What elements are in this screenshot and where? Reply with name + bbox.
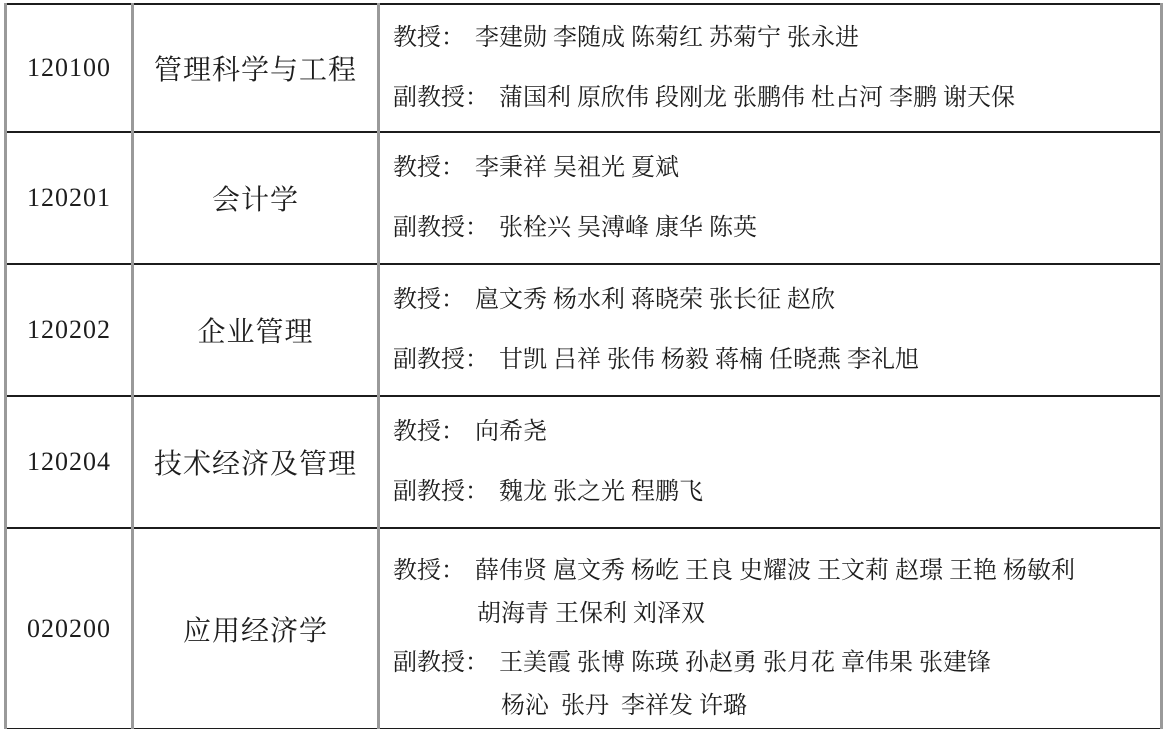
professors-names: 李秉祥 吴祖光 夏斌 — [465, 155, 679, 181]
associate-professors-line: 副教授：魏龙 张之光 程鹏飞 — [393, 477, 1150, 507]
professors-label: 教授： — [393, 25, 465, 51]
table-row: 120204 技术经济及管理 教授：向希尧 副教授：魏龙 张之光 程鹏飞 — [6, 396, 1162, 528]
program-name: 会计学 — [133, 132, 379, 264]
table-row: 020200 应用经济学 教授：薛伟贤 扈文秀 杨屹 王良 史耀波 王文莉 赵璟… — [6, 528, 1162, 729]
faculty-cell: 教授：李建勋 李随成 陈菊红 苏菊宁 张永进 副教授：蒲国利 原欣伟 段刚龙 张… — [379, 4, 1162, 132]
document-page: 120100 管理科学与工程 教授：李建勋 李随成 陈菊红 苏菊宁 张永进 副教… — [0, 0, 1166, 729]
associate-professors-names: 蒲国利 原欣伟 段刚龙 张鹏伟 杜占河 李鹏 谢天保 — [489, 85, 1015, 111]
program-code: 120201 — [6, 132, 133, 264]
associate-professors-label: 副教授： — [393, 650, 489, 676]
program-code: 120100 — [6, 4, 133, 132]
professors-label: 教授： — [393, 287, 465, 313]
program-code-text: 120201 — [27, 183, 111, 212]
program-name: 技术经济及管理 — [133, 396, 379, 528]
associate-professors-label: 副教授： — [393, 479, 489, 505]
table-row: 120201 会计学 教授：李秉祥 吴祖光 夏斌 副教授：张栓兴 吴溥峰 康华 … — [6, 132, 1162, 264]
professors-names: 李建勋 李随成 陈菊红 苏菊宁 张永进 — [465, 25, 859, 51]
associate-professors-label: 副教授： — [393, 215, 489, 241]
faculty-cell: 教授：薛伟贤 扈文秀 杨屹 王良 史耀波 王文莉 赵璟 王艳 杨敏利 胡海青 王… — [379, 528, 1162, 729]
program-name-text: 会计学 — [212, 185, 299, 216]
professors-line: 教授：扈文秀 杨水利 蒋晓荣 张长征 赵欣 — [393, 285, 1150, 315]
faculty-cell: 教授：李秉祥 吴祖光 夏斌 副教授：张栓兴 吴溥峰 康华 陈英 — [379, 132, 1162, 264]
table-row: 120100 管理科学与工程 教授：李建勋 李随成 陈菊红 苏菊宁 张永进 副教… — [6, 4, 1162, 132]
professors-label: 教授： — [393, 155, 465, 181]
professors-names: 扈文秀 杨水利 蒋晓荣 张长征 赵欣 — [465, 287, 835, 313]
professors-names: 向希尧 — [465, 419, 547, 445]
associate-professors-line: 副教授：蒲国利 原欣伟 段刚龙 张鹏伟 杜占河 李鹏 谢天保 — [393, 83, 1150, 113]
program-name-text: 技术经济及管理 — [154, 449, 357, 480]
program-name: 应用经济学 — [133, 528, 379, 729]
program-code-text: 120202 — [27, 315, 111, 344]
professors-label: 教授： — [393, 419, 465, 445]
program-code: 120204 — [6, 396, 133, 528]
professors-line: 教授：李建勋 李随成 陈菊红 苏菊宁 张永进 — [393, 23, 1150, 53]
program-code: 020200 — [6, 528, 133, 729]
program-code-text: 120204 — [27, 447, 111, 476]
professors-names: 薛伟贤 扈文秀 杨屹 王良 史耀波 王文莉 赵璟 王艳 杨敏利 胡海青 王保利 … — [465, 558, 1075, 627]
associate-professors-label: 副教授： — [393, 85, 489, 111]
program-name: 管理科学与工程 — [133, 4, 379, 132]
associate-professors-line: 副教授：王美霞 张博 陈瑛 孙赵勇 张月花 章伟果 张建锋 杨沁 张丹 李祥发 … — [393, 642, 1150, 728]
associate-professors-line: 副教授：甘凯 吕祥 张伟 杨毅 蒋楠 任晓燕 李礼旭 — [393, 345, 1150, 375]
program-code: 120202 — [6, 264, 133, 396]
associate-professors-label: 副教授： — [393, 347, 489, 373]
program-name-text: 应用经济学 — [183, 616, 328, 647]
program-code-text: 120100 — [27, 53, 111, 82]
professors-line: 教授：向希尧 — [393, 417, 1150, 447]
professors-line: 教授：薛伟贤 扈文秀 杨屹 王良 史耀波 王文莉 赵璟 王艳 杨敏利 胡海青 王… — [393, 550, 1150, 636]
faculty-cell: 教授：向希尧 副教授：魏龙 张之光 程鹏飞 — [379, 396, 1162, 528]
faculty-cell: 教授：扈文秀 杨水利 蒋晓荣 张长征 赵欣 副教授：甘凯 吕祥 张伟 杨毅 蒋楠… — [379, 264, 1162, 396]
associate-professors-names: 张栓兴 吴溥峰 康华 陈英 — [489, 215, 757, 241]
program-name-text: 企业管理 — [197, 317, 313, 348]
program-code-text: 020200 — [27, 614, 111, 643]
associate-professors-names: 甘凯 吕祥 张伟 杨毅 蒋楠 任晓燕 李礼旭 — [489, 347, 919, 373]
table-row: 120202 企业管理 教授：扈文秀 杨水利 蒋晓荣 张长征 赵欣 副教授：甘凯… — [6, 264, 1162, 396]
program-name: 企业管理 — [133, 264, 379, 396]
faculty-table: 120100 管理科学与工程 教授：李建勋 李随成 陈菊红 苏菊宁 张永进 副教… — [4, 3, 1163, 729]
program-name-text: 管理科学与工程 — [154, 55, 357, 86]
professors-label: 教授： — [393, 558, 465, 584]
professors-line: 教授：李秉祥 吴祖光 夏斌 — [393, 153, 1150, 183]
associate-professors-names: 王美霞 张博 陈瑛 孙赵勇 张月花 章伟果 张建锋 杨沁 张丹 李祥发 许璐 — [489, 650, 991, 719]
associate-professors-names: 魏龙 张之光 程鹏飞 — [489, 479, 703, 505]
associate-professors-line: 副教授：张栓兴 吴溥峰 康华 陈英 — [393, 213, 1150, 243]
